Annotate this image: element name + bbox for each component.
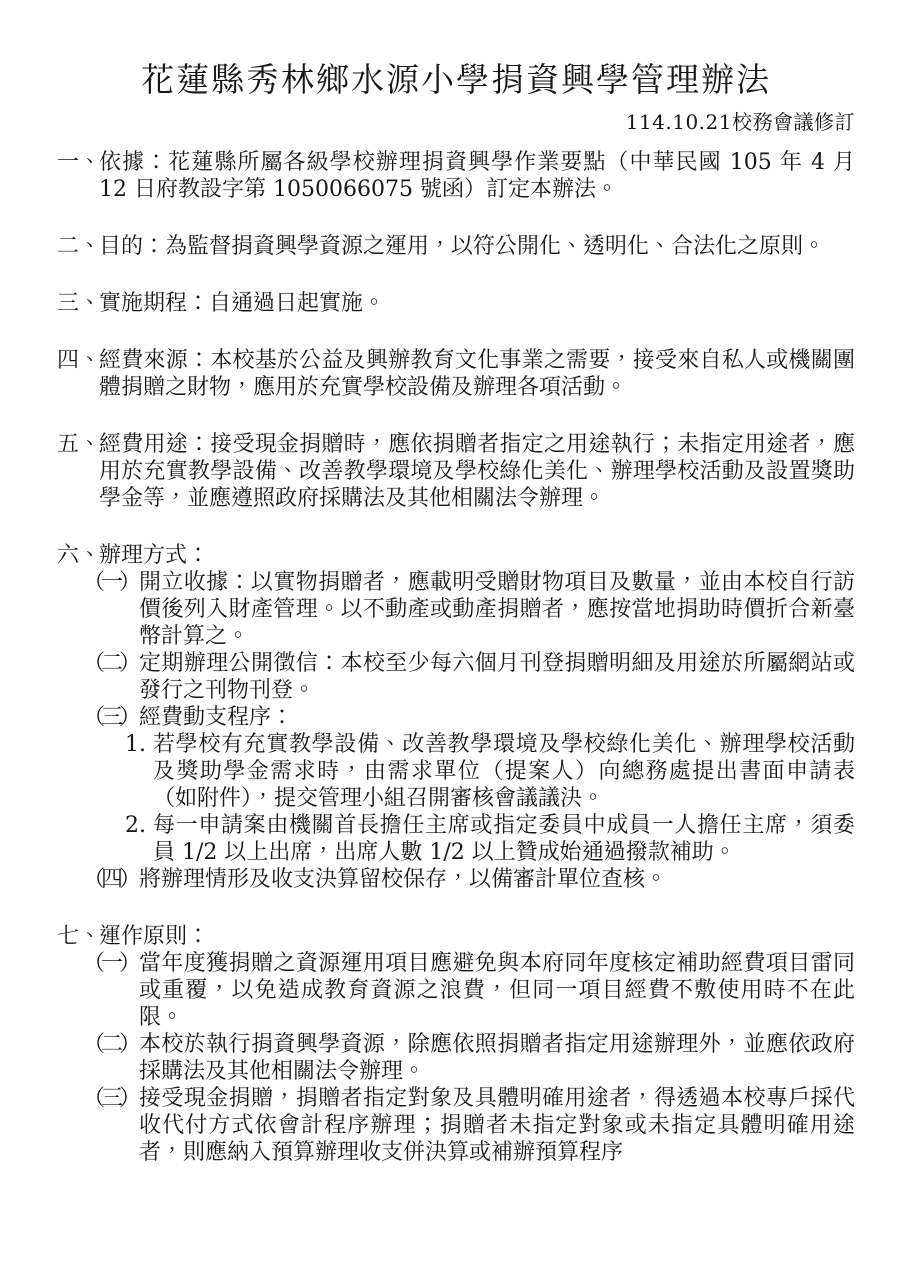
article-1-number: 一、 (57, 149, 99, 176)
article-6-sub-2-number: （二） (83, 650, 137, 677)
article-6-sub-4-text: 將辦理情形及收支決算留校保存，以備審計單位查核。 (139, 866, 855, 893)
article-6-sub-2-text: 定期辦理公開徵信：本校至少每六個月刊登捐贈明細及用途於所屬網站或發行之刊物刊登。 (139, 650, 855, 704)
article-5: 五、 經費用途：接受現金捐贈時，應依捐贈者指定之用途執行；未指定用途者，應用於充… (57, 431, 855, 512)
article-7-sub-1: （一） 當年度獲捐贈之資源運用項目應避免與本府同年度核定補助經費項目雷同或重覆，… (83, 950, 855, 1031)
article-4-text: 經費來源：本校基於公益及興辦教育文化事業之需要，接受來自私人或機關團體捐贈之財物… (99, 347, 855, 401)
article-3-text: 實施期程：自通過日起實施。 (99, 290, 855, 317)
article-6-sub-3-point-2-number: 2. (125, 812, 146, 839)
article-7-sub-3-text: 接受現金捐贈，捐贈者指定對象及具體明確用途者，得透過本校專戶採代收代付方式依會計… (139, 1085, 855, 1166)
article-7-number: 七、 (57, 923, 99, 950)
document-title: 花蓮縣秀林鄉水源小學捐資興學管理辦法 (57, 56, 855, 104)
article-7-sub-3-number: （三） (83, 1085, 137, 1112)
article-6-sub-3-number: （三） (83, 704, 137, 731)
article-2-number: 二、 (57, 233, 99, 260)
article-7: 七、 運作原則： (57, 923, 855, 950)
document-page: 花蓮縣秀林鄉水源小學捐資興學管理辦法 114.10.21校務會議修訂 一、 依據… (0, 0, 905, 1280)
article-6-sub-1-text: 開立收據：以實物捐贈者，應載明受贈財物項目及數量，並由本校自行訪價後列入財產管理… (139, 569, 855, 650)
article-7-sub-2-number: （二） (83, 1031, 137, 1058)
article-3: 三、 實施期程：自通過日起實施。 (57, 290, 855, 317)
document-body: 一、 依據：花蓮縣所屬各級學校辦理捐資興學作業要點（中華民國 105 年 4 月… (57, 149, 855, 1166)
article-6: 六、 辦理方式： (57, 542, 855, 569)
article-6-sub-3-point-2-text: 每一申請案由機關首長擔任主席或指定委員中成員一人擔任主席，須委員 1/2 以上出… (153, 812, 855, 866)
article-6-sub-3-point-1-number: 1. (125, 731, 146, 758)
article-1-text: 依據：花蓮縣所屬各級學校辦理捐資興學作業要點（中華民國 105 年 4 月 12… (99, 149, 855, 203)
article-4: 四、 經費來源：本校基於公益及興辦教育文化事業之需要，接受來自私人或機關團體捐贈… (57, 347, 855, 401)
article-6-sub-4: （四） 將辦理情形及收支決算留校保存，以備審計單位查核。 (83, 866, 855, 893)
article-6-sub-3-point-2: 2. 每一申請案由機關首長擔任主席或指定委員中成員一人擔任主席，須委員 1/2 … (125, 812, 855, 866)
article-4-number: 四、 (57, 347, 99, 374)
article-6-sub-1: （一） 開立收據：以實物捐贈者，應載明受贈財物項目及數量，並由本校自行訪價後列入… (83, 569, 855, 650)
article-5-text: 經費用途：接受現金捐贈時，應依捐贈者指定之用途執行；未指定用途者，應用於充實教學… (99, 431, 855, 512)
article-2: 二、 目的：為監督捐資興學資源之運用，以符公開化、透明化、合法化之原則。 (57, 233, 855, 260)
article-6-sub-2: （二） 定期辦理公開徵信：本校至少每六個月刊登捐贈明細及用途於所屬網站或發行之刊… (83, 650, 855, 704)
article-7-text: 運作原則： (99, 923, 855, 950)
article-7-sub-1-number: （一） (83, 950, 137, 977)
article-6-sub-3-text: 經費動支程序： (139, 704, 855, 731)
article-6-number: 六、 (57, 542, 99, 569)
article-6-sub-3: （三） 經費動支程序： (83, 704, 855, 731)
article-7-sub-3: （三） 接受現金捐贈，捐贈者指定對象及具體明確用途者，得透過本校專戶採代收代付方… (83, 1085, 855, 1166)
article-5-number: 五、 (57, 431, 99, 458)
revision-note: 114.10.21校務會議修訂 (57, 107, 855, 137)
article-6-sub-3-point-1-text: 若學校有充實教學設備、改善教學環境及學校綠化美化、辦理學校活動及獎助學金需求時，… (153, 731, 855, 812)
article-6-sub-4-number: （四） (83, 866, 137, 893)
article-7-sub-2: （二） 本校於執行捐資興學資源，除應依照捐贈者指定用途辦理外，並應依政府採購法及… (83, 1031, 855, 1085)
article-7-sub-1-text: 當年度獲捐贈之資源運用項目應避免與本府同年度核定補助經費項目雷同或重覆，以免造成… (139, 950, 855, 1031)
article-2-text: 目的：為監督捐資興學資源之運用，以符公開化、透明化、合法化之原則。 (99, 233, 855, 260)
article-6-text: 辦理方式： (99, 542, 855, 569)
article-7-sub-2-text: 本校於執行捐資興學資源，除應依照捐贈者指定用途辦理外，並應依政府採購法及其他相關… (139, 1031, 855, 1085)
article-6-sub-3-point-1: 1. 若學校有充實教學設備、改善教學環境及學校綠化美化、辦理學校活動及獎助學金需… (125, 731, 855, 812)
article-1: 一、 依據：花蓮縣所屬各級學校辦理捐資興學作業要點（中華民國 105 年 4 月… (57, 149, 855, 203)
article-6-sub-1-number: （一） (83, 569, 137, 596)
article-3-number: 三、 (57, 290, 99, 317)
